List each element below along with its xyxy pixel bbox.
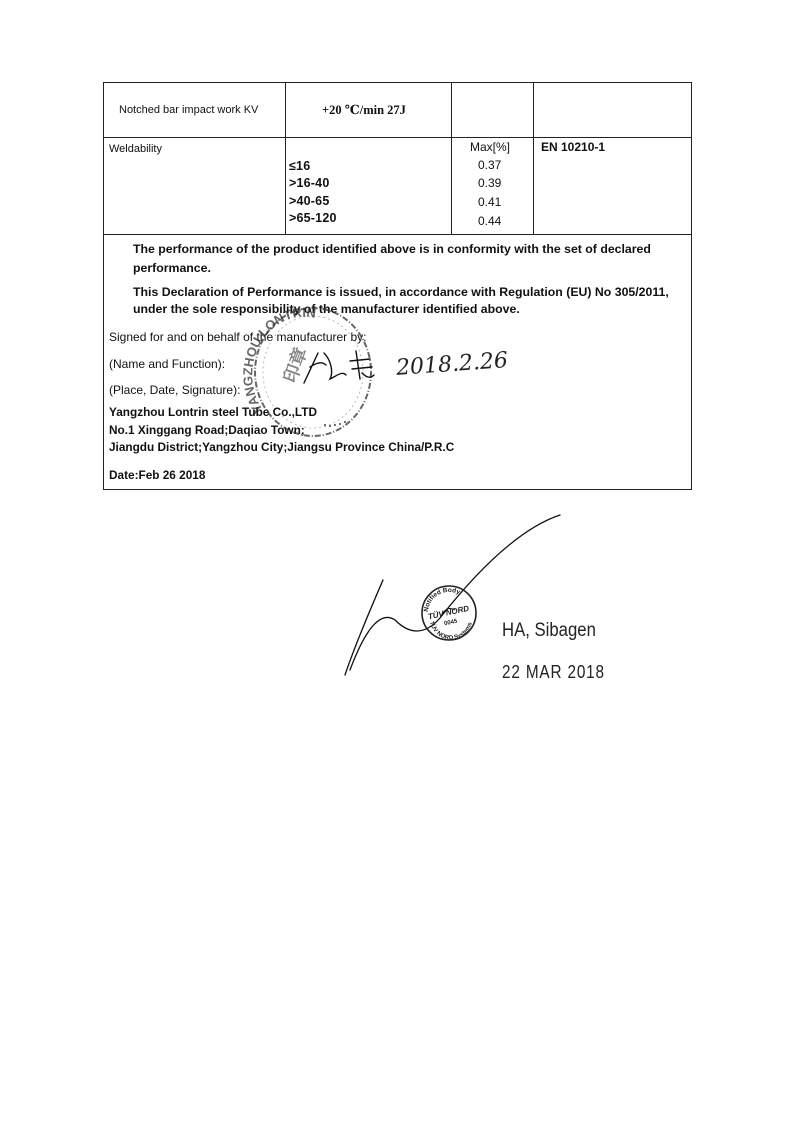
conformity-statement-line2: performance. — [133, 259, 211, 278]
thickness-range: ≤16 — [289, 159, 310, 173]
document-page: Notched bar impact work KV +20 ℃/min 27J… — [0, 0, 800, 1132]
thickness-range: >65-120 — [289, 211, 337, 225]
table-col-divider-3 — [533, 82, 534, 234]
table-col-divider-1 — [285, 82, 286, 234]
conformity-statement-line1: The performance of the product identifie… — [133, 240, 651, 259]
table-row-divider — [103, 137, 692, 138]
svg-text:0045: 0045 — [444, 619, 459, 628]
impact-work-value: +20 ℃/min 27J — [322, 102, 406, 118]
impact-work-label: Notched bar impact work KV — [119, 104, 258, 116]
place-date-signature-label: (Place, Date, Signature): — [109, 383, 240, 397]
standard-reference: EN 10210-1 — [541, 140, 605, 154]
tuv-nord-stamp: Notified Body TÜV NORD 0045 TÜV NORD Sys… — [418, 582, 480, 644]
max-value: 0.37 — [478, 158, 501, 172]
max-percent-header: Max[%] — [470, 140, 510, 154]
thickness-range: >16-40 — [289, 176, 329, 190]
max-value: 0.41 — [478, 195, 501, 209]
thickness-range: >40-65 — [289, 194, 329, 208]
weldability-label: Weldability — [109, 143, 162, 155]
max-value: 0.39 — [478, 176, 501, 190]
document-date: Date:Feb 26 2018 — [109, 468, 205, 483]
table-bottom-divider — [103, 234, 692, 235]
table-col-divider-2 — [451, 82, 452, 234]
name-function-label: (Name and Function): — [109, 357, 225, 371]
max-value: 0.44 — [478, 214, 501, 228]
handwritten-signature — [300, 345, 390, 390]
svg-text:TÜV NORD: TÜV NORD — [427, 604, 470, 622]
reviewer-name: HA, Sibagen — [502, 620, 596, 642]
review-date: 22 MAR 2018 — [502, 662, 605, 683]
